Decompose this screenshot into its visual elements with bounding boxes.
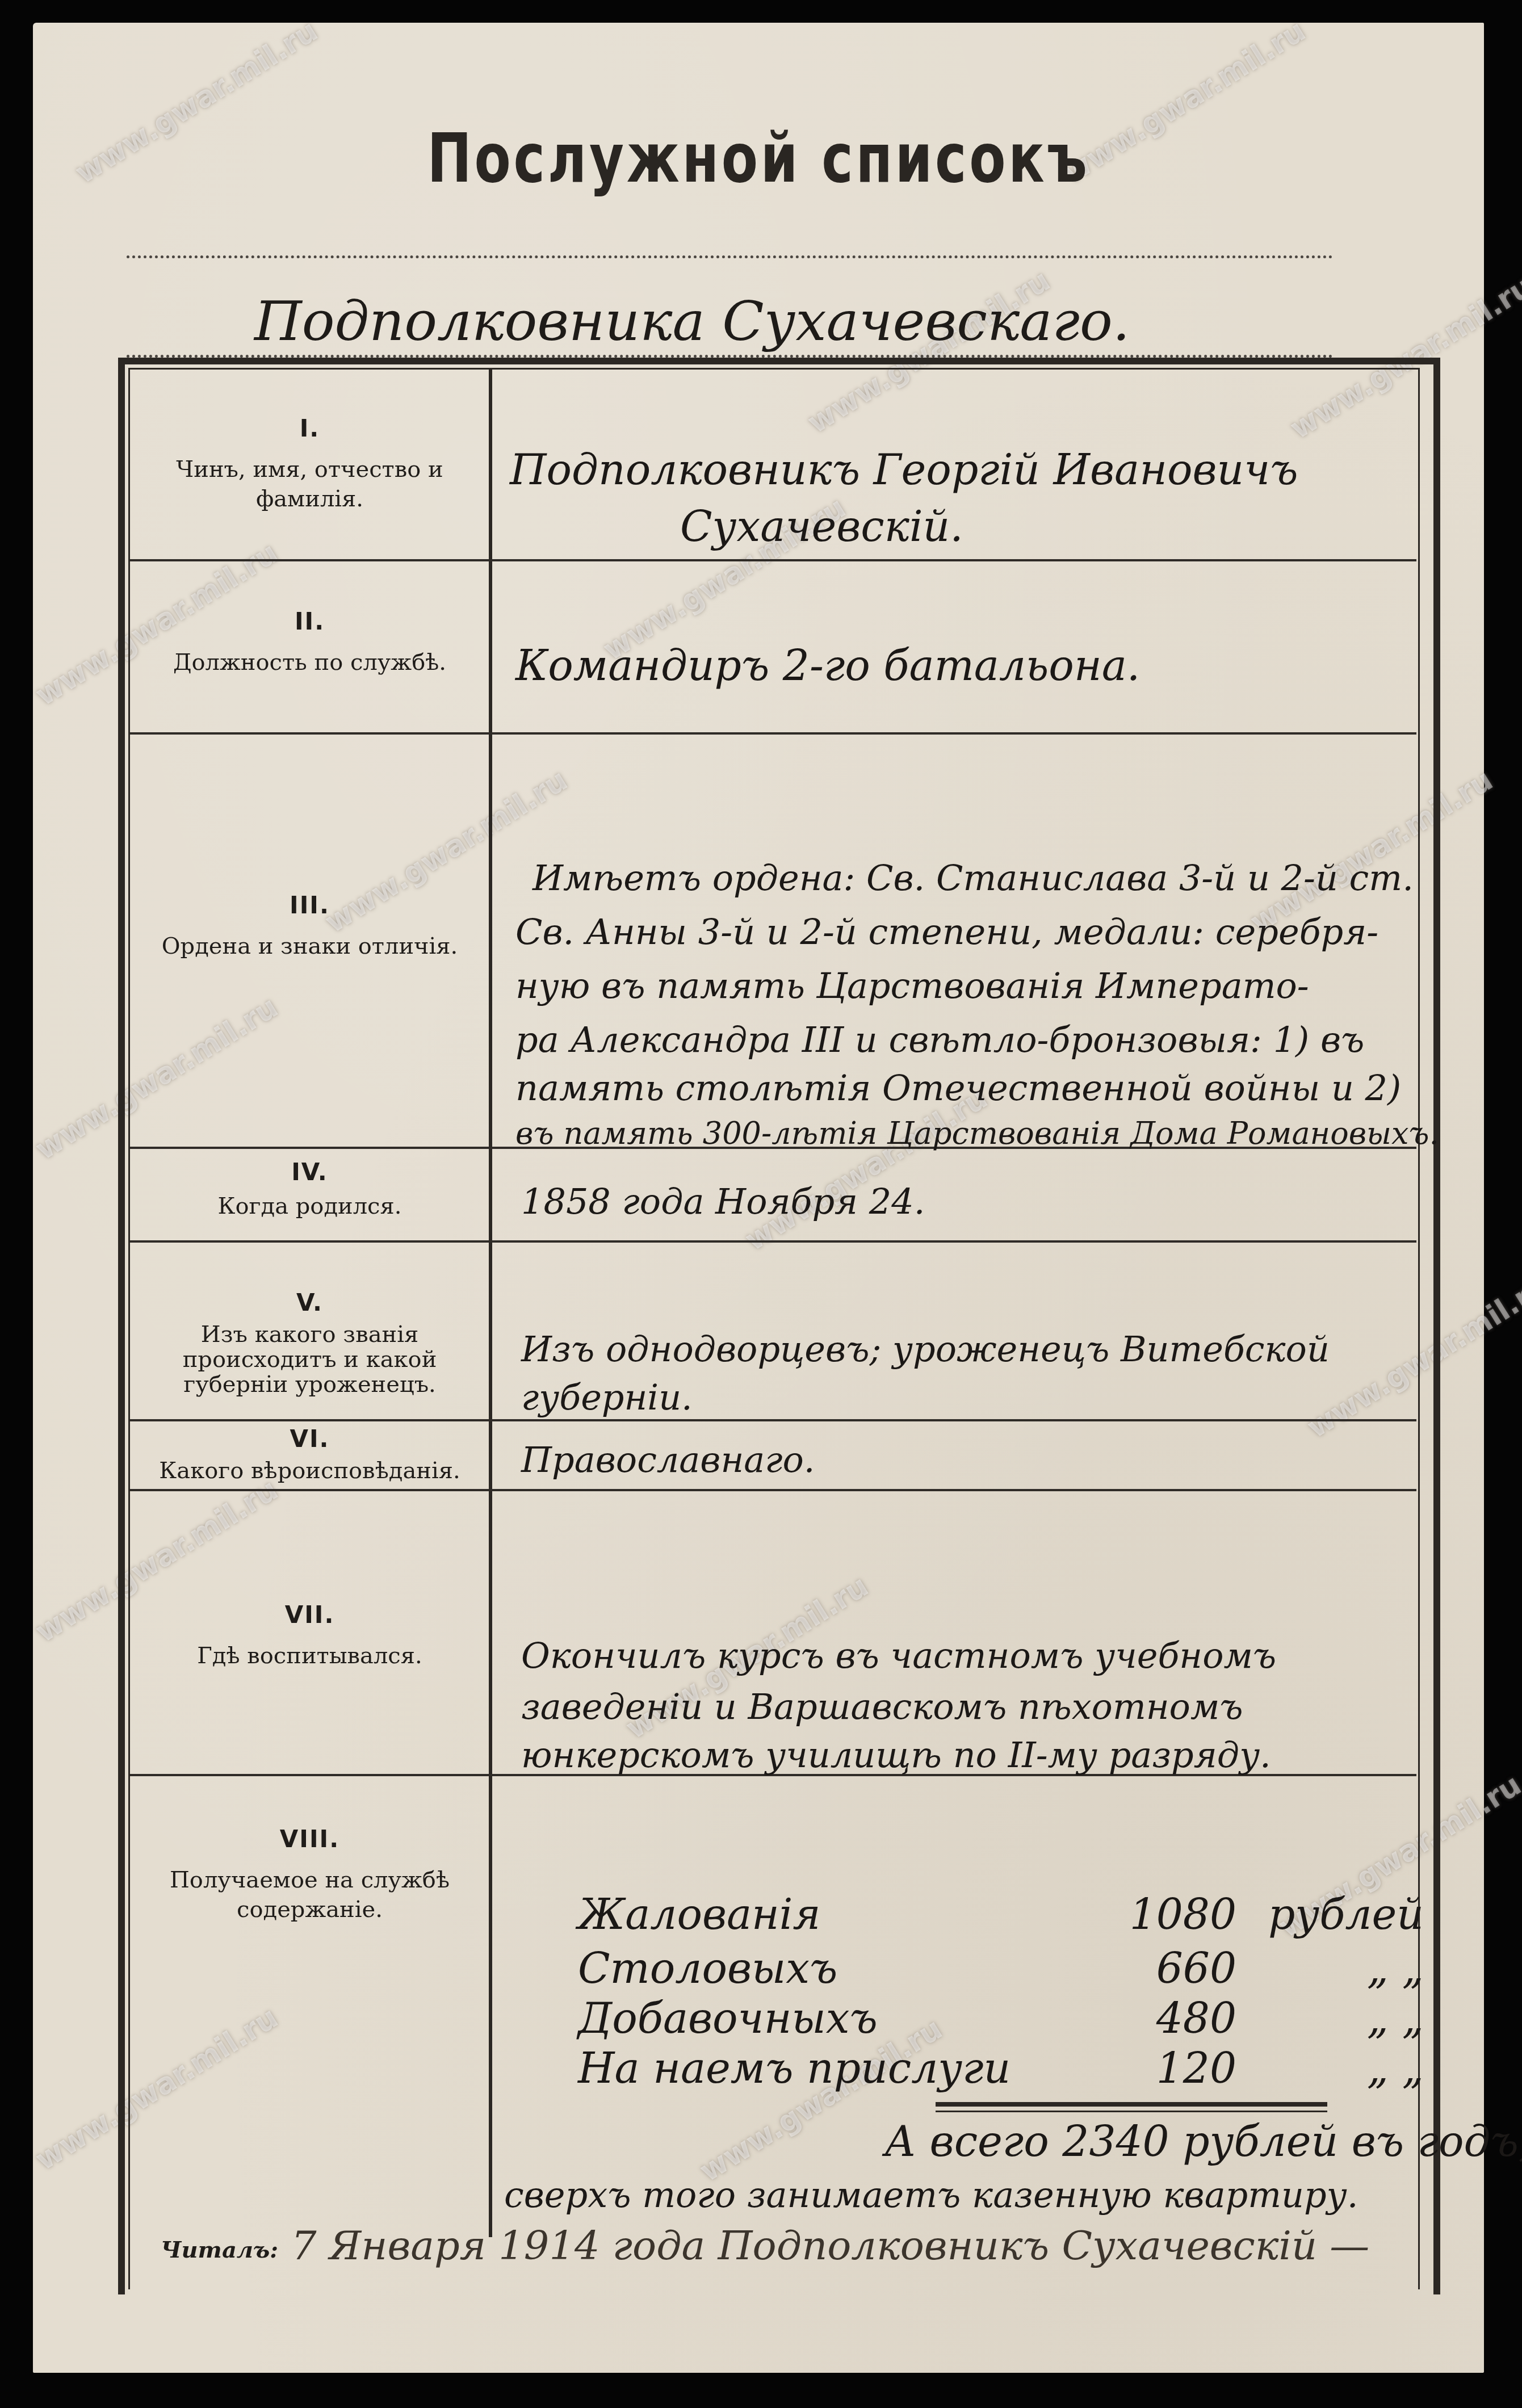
row-label-salary: VIII. Получаемое на службѣ содержаніе.	[132, 1825, 487, 1924]
pay-item-unit: „ „	[1236, 1944, 1429, 1993]
sum-rule	[936, 2102, 1327, 2107]
dotted-rule	[127, 255, 1333, 258]
pay-row: Добавочныхъ 480 „ „	[578, 1994, 1429, 2044]
salary-note: сверхъ того занимаетъ казенную квартиру.	[504, 2174, 1358, 2216]
row-label-religion: VI. Какого вѣроисповѣданія.	[132, 1425, 487, 1486]
pay-item-name: На наемъ прислуги	[578, 2044, 1066, 2093]
value-line: ра Александра III и свѣтло-бронзовыя: 1)…	[515, 1019, 1364, 1060]
read-signature: 7 Января 1914 года Подполковникъ Сухачев…	[291, 2222, 1369, 2269]
row-label-orders: III. Ордена и знаки отличія.	[132, 891, 487, 961]
row-numeral: VI.	[132, 1425, 487, 1453]
row-label: Ордена и знаки отличія.	[132, 932, 487, 961]
row-numeral: II.	[132, 607, 487, 635]
pay-row: Столовыхъ 660 „ „	[578, 1944, 1429, 1994]
value-line: Св. Анны 3-й и 2-й степени, медали: сере…	[515, 911, 1378, 953]
value-line: Имѣетъ ордена: Св. Станислава 3-й и 2-й …	[533, 857, 1414, 899]
pay-row: На наемъ прислуги 120 „ „	[578, 2044, 1429, 2094]
column-divider	[489, 370, 492, 2237]
pay-item-amount: 660	[1066, 1944, 1236, 1993]
pay-item-unit: рублей	[1236, 1890, 1429, 1939]
row-numeral: III.	[132, 891, 487, 919]
pay-item-name: Добавочныхъ	[578, 1994, 1066, 2043]
value-line: Сухачевскій.	[680, 502, 963, 551]
row-label: Когда родился.	[132, 1192, 487, 1221]
value-line: ную въ память Царствованія Императо-	[515, 965, 1309, 1006]
row-label: Изъ какого званія происходитъ и какой гу…	[132, 1322, 487, 1397]
document-page: www.gwar.mil.ru www.gwar.mil.ru www.gwar…	[33, 23, 1484, 2373]
row-numeral: VIII.	[132, 1825, 487, 1853]
value-line: 1858 года Ноября 24.	[521, 1181, 925, 1222]
pay-item-amount: 1080	[1066, 1890, 1236, 1939]
row-separator	[130, 732, 1416, 735]
pay-item-name: Столовыхъ	[578, 1944, 1066, 1993]
pay-item-amount: 120	[1066, 2044, 1236, 2093]
pay-item-name: Жалованія	[578, 1890, 1066, 1939]
value-line: юнкерскомъ училищѣ по II-му разряду.	[521, 1734, 1271, 1776]
row-label-origin: V. Изъ какого званія происходитъ и какой…	[132, 1289, 487, 1397]
row-label: Гдѣ воспитывался.	[132, 1641, 487, 1671]
read-label: Читалъ:	[161, 2237, 278, 2263]
row-label: Должность по службѣ.	[132, 648, 487, 677]
pay-item-amount: 480	[1066, 1994, 1236, 2043]
row-separator	[130, 1419, 1416, 1421]
pay-item-unit: „ „	[1236, 2044, 1429, 2093]
row-numeral: IV.	[132, 1158, 487, 1186]
document-title: Послужной списокъ	[192, 119, 1324, 198]
row-separator	[130, 1240, 1416, 1243]
pay-row: Жалованія 1080 рублей	[578, 1890, 1429, 1944]
pay-table: Жалованія 1080 рублей Столовыхъ 660 „ „ …	[578, 1890, 1429, 2094]
row-label-rank-name: I. Чинъ, имя, отчество и фамилія.	[132, 414, 487, 514]
row-numeral: VII.	[132, 1601, 487, 1629]
value-line: память столѣтія Отечественной войны и 2)	[515, 1067, 1401, 1109]
salary-total: А всего 2340 рублей въ годъ,	[884, 2117, 1522, 2166]
row-separator	[130, 1489, 1416, 1491]
subject-name: Подполковника Сухачевскаго.	[254, 290, 1130, 353]
row-label-education: VII. Гдѣ воспитывался.	[132, 1601, 487, 1671]
value-line: Подполковникъ Георгій Ивановичъ	[510, 446, 1298, 494]
value-line: въ память 300-лѣтія Царствованія Дома Ро…	[515, 1115, 1439, 1151]
row-label-birth: IV. Когда родился.	[132, 1158, 487, 1221]
row-numeral: V.	[132, 1289, 487, 1316]
row-label: Какого вѣроисповѣданія.	[132, 1456, 487, 1486]
row-label-position: II. Должность по службѣ.	[132, 607, 487, 677]
row-separator	[130, 559, 1416, 561]
pay-item-unit: „ „	[1236, 1994, 1429, 2043]
value-line: Окончилъ курсъ въ частномъ учебномъ	[521, 1635, 1276, 1676]
value-line: Изъ однодворцевъ; уроженецъ Витебской	[521, 1328, 1330, 1370]
row-numeral: I.	[132, 414, 487, 442]
value-line: заведеніи и Варшавскомъ пѣхотномъ	[521, 1686, 1243, 1727]
value-line: губерніи.	[521, 1377, 693, 1418]
sum-rule	[936, 2111, 1327, 2112]
row-label: Получаемое на службѣ содержаніе.	[132, 1865, 487, 1924]
row-label: Чинъ, имя, отчество и фамилія.	[132, 455, 487, 514]
value-line: Командиръ 2-го батальона.	[515, 641, 1140, 690]
value-line: Православнаго.	[521, 1439, 815, 1480]
